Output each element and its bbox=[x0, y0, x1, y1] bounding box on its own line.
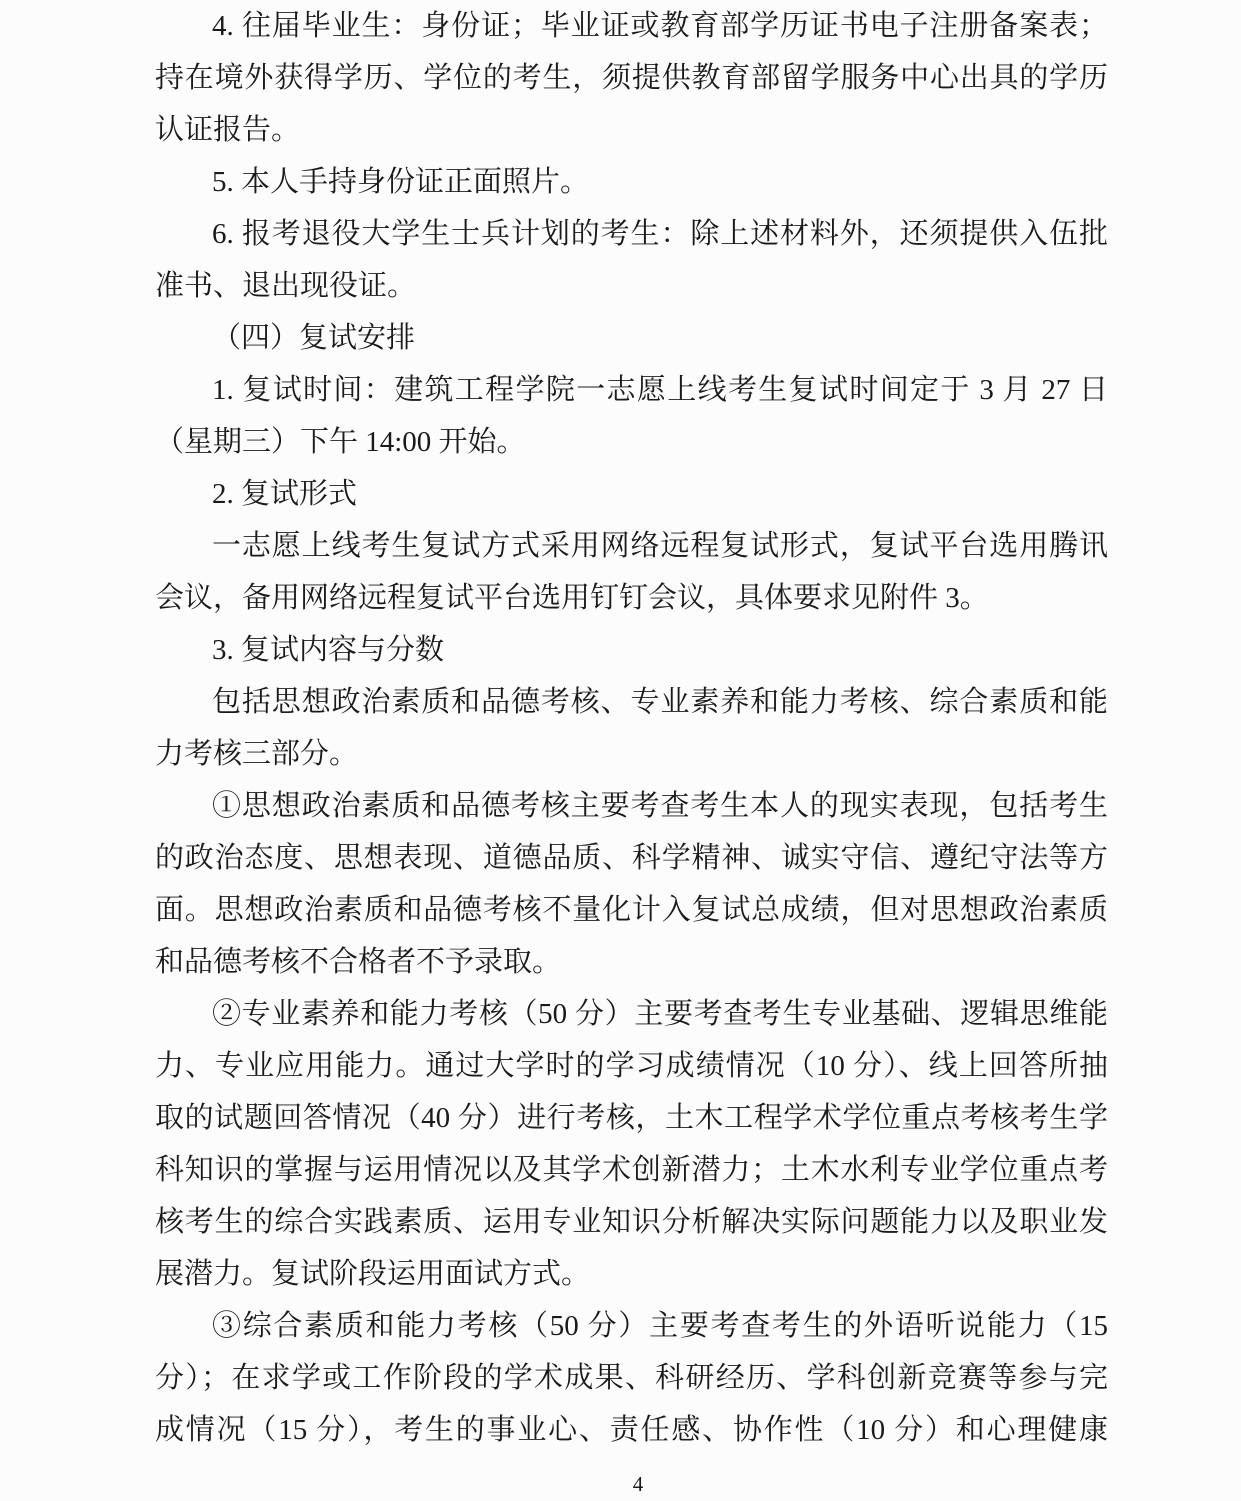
text-line: 面。思想政治素质和品德考核不量化计入复试总成绩，但对思想政治素质 bbox=[155, 884, 1108, 936]
text-line: 会议，备用网络远程复试平台选用钉钉会议，具体要求见附件 3。 bbox=[155, 572, 1108, 624]
page-footer: 4 bbox=[155, 1471, 1121, 1497]
text-line: 分）；在求学或工作阶段的学术成果、科研经历、学科创新竞赛等参与完 bbox=[155, 1352, 1108, 1404]
text-line: 展潜力。复试阶段运用面试方式。 bbox=[155, 1248, 1108, 1300]
text-line: 力、专业应用能力。通过大学时的学习成绩情况（10 分）、线上回答所抽 bbox=[155, 1040, 1108, 1092]
text-line: 6. 报考退役大学生士兵计划的考生：除上述材料外，还须提供入伍批 bbox=[155, 208, 1108, 260]
text-line: 包括思想政治素质和品德考核、专业素养和能力考核、综合素质和能 bbox=[155, 676, 1108, 728]
text-line: 2. 复试形式 bbox=[155, 468, 1108, 520]
page-number: 4 bbox=[633, 1472, 644, 1496]
text-line: 核考生的综合实践素质、运用专业知识分析解决实际问题能力以及职业发 bbox=[155, 1196, 1108, 1248]
text-line: 4. 往届毕业生：身份证；毕业证或教育部学历证书电子注册备案表； bbox=[155, 0, 1108, 52]
text-line: 取的试题回答情况（40 分）进行考核，土木工程学术学位重点考核考生学 bbox=[155, 1092, 1108, 1144]
document-page: 4. 往届毕业生：身份证；毕业证或教育部学历证书电子注册备案表；持在境外获得学历… bbox=[0, 0, 1241, 1501]
text-line: 一志愿上线考生复试方式采用网络远程复试形式，复试平台选用腾讯 bbox=[155, 520, 1108, 572]
text-line: 1. 复试时间：建筑工程学院一志愿上线考生复试时间定于 3 月 27 日 bbox=[155, 364, 1108, 416]
text-line: ②专业素养和能力考核（50 分）主要考查考生专业基础、逻辑思维能 bbox=[155, 988, 1108, 1040]
text-line: 5. 本人手持身份证正面照片。 bbox=[155, 156, 1108, 208]
text-line: 准书、退出现役证。 bbox=[155, 260, 1108, 312]
text-line: 的政治态度、思想表现、道德品质、科学精神、诚实守信、遵纪守法等方 bbox=[155, 832, 1108, 884]
text-line: ③综合素质和能力考核（50 分）主要考查考生的外语听说能力（15 bbox=[155, 1300, 1108, 1352]
document-body: 4. 往届毕业生：身份证；毕业证或教育部学历证书电子注册备案表；持在境外获得学历… bbox=[155, 0, 1108, 1456]
text-line: （星期三）下午 14:00 开始。 bbox=[155, 416, 1108, 468]
text-line: 科知识的掌握与运用情况以及其学术创新潜力；土木水利专业学位重点考 bbox=[155, 1144, 1108, 1196]
text-line: 成情况（15 分），考生的事业心、责任感、协作性（10 分）和心理健康 bbox=[155, 1404, 1108, 1456]
text-line: （四）复试安排 bbox=[155, 312, 1108, 364]
text-line: 3. 复试内容与分数 bbox=[155, 624, 1108, 676]
text-line: ①思想政治素质和品德考核主要考查考生本人的现实表现，包括考生 bbox=[155, 780, 1108, 832]
text-line: 认证报告。 bbox=[155, 104, 1108, 156]
text-line: 和品德考核不合格者不予录取。 bbox=[155, 936, 1108, 988]
text-line: 持在境外获得学历、学位的考生，须提供教育部留学服务中心出具的学历 bbox=[155, 52, 1108, 104]
text-line: 力考核三部分。 bbox=[155, 728, 1108, 780]
